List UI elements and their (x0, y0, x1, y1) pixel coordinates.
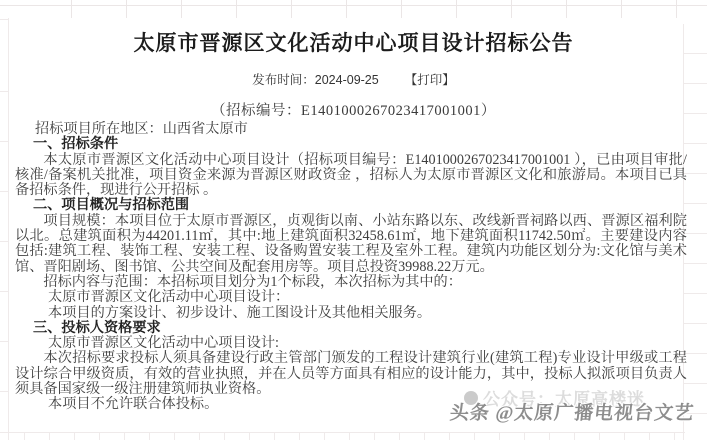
document-body: 招标项目所在地区：山西省太原市 一、招标条件 本太原市晋源区文化活动中心项目设计… (0, 122, 707, 413)
background-grid-top (0, 0, 707, 18)
print-button[interactable]: 【打印】 (405, 70, 455, 88)
bid-scope-line: 招标内容与范围：本招标项目划分为1个标段，本次招标为其中的： (15, 275, 687, 290)
design-services-line: 本项目的方案设计、初步设计、施工图设计及其他相关服务。 (48, 306, 687, 321)
bid-number-line: （招标编号：E1401000267023417001001） (0, 99, 707, 120)
publish-meta: 发布时间：2024-09-25【打印】 (0, 70, 707, 88)
project-location-line: 招标项目所在地区：山西省太原市 (35, 122, 687, 137)
watermark-main: 头条 @太原广播电视台文艺 (449, 398, 696, 425)
publish-time-label: 发布时间： (252, 73, 315, 87)
background-grid-bottom (0, 432, 685, 440)
page-title: 太原市晋源区文化活动中心项目设计招标公告 (0, 27, 707, 57)
project-name-line: 太原市晋源区文化活动中心项目设计： (48, 290, 687, 305)
background-grid-top-line (0, 5, 707, 6)
publish-date: 2024-09-25 (315, 73, 379, 87)
section-heading-1: 一、招标条件 (33, 137, 687, 152)
bidding-conditions-paragraph: 本太原市晋源区文化活动中心项目设计（招标项目编号：E14010002670234… (15, 153, 687, 199)
section-heading-3: 三、投标人资格要求 (33, 321, 687, 336)
project-scale-paragraph: 项目规模：本项目位于太原市晋源区，贞观街以南、小站东路以东、改线新晋祠路以西、晋… (15, 214, 687, 275)
section-heading-2: 二、项目概况与招标范围 (33, 198, 687, 213)
announcement-document: 太原市晋源区文化活动中心项目设计招标公告 发布时间：2024-09-25【打印】… (0, 18, 707, 413)
